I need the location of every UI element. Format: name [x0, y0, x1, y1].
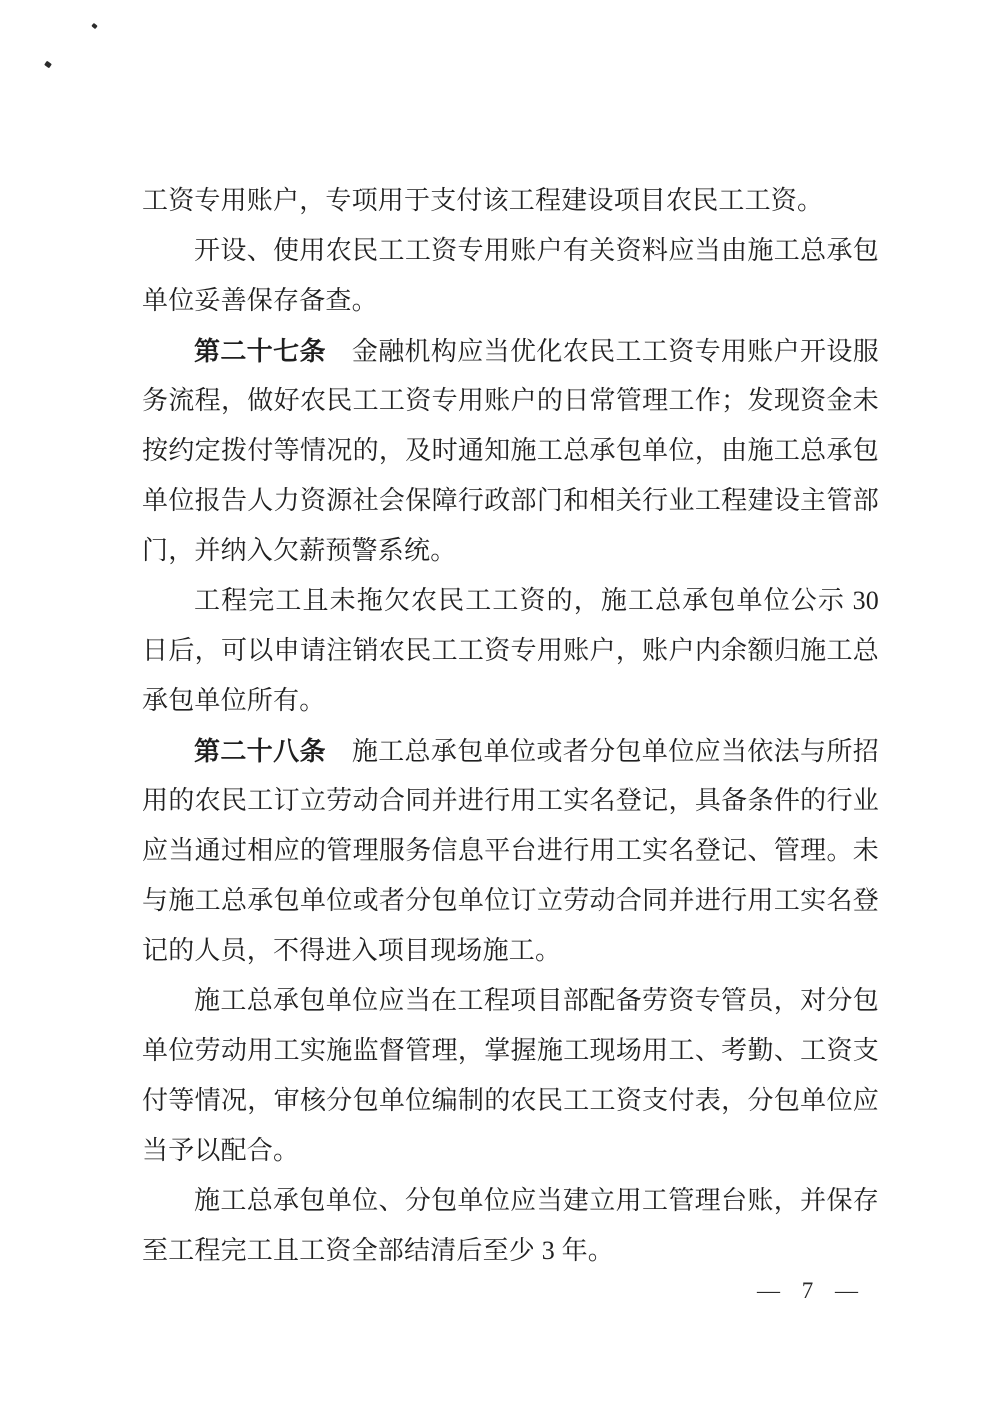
line-text: 当予以配合。	[142, 1136, 299, 1165]
text-line: 单位妥善保存备查。	[142, 276, 879, 326]
line-text: 记的人员，不得进入项目现场施工。	[142, 936, 561, 965]
article-number: 第二十八条	[194, 736, 326, 766]
text-line: 务流程，做好农民工工资专用账户的日常管理工作；发现资金未	[142, 376, 879, 426]
text-line: 承包单位所有。	[142, 676, 879, 726]
line-text: 施工总承包单位应当在工程项目部配备劳资专管员，对分包	[194, 986, 879, 1015]
line-text: 与施工总承包单位或者分包单位订立劳动合同并进行用工实名登	[142, 886, 879, 915]
text-line: 应当通过相应的管理服务信息平台进行用工实名登记、管理。未	[142, 826, 879, 876]
text-line: 施工总承包单位、分包单位应当建立用工管理台账，并保存	[142, 1176, 879, 1226]
text-line: 单位报告人力资源社会保障行政部门和相关行业工程建设主管部	[142, 476, 879, 526]
line-text: 金融机构应当优化农民工工资专用账户开设服	[352, 337, 879, 366]
document-body: 工资专用账户，专项用于支付该工程建设项目农民工工资。开设、使用农民工工资专用账户…	[142, 176, 879, 1276]
line-text: 付等情况，审核分包单位编制的农民工工资支付表，分包单位应	[142, 1086, 879, 1115]
line-text: 务流程，做好农民工工资专用账户的日常管理工作；发现资金未	[142, 386, 879, 415]
text-line: 记的人员，不得进入项目现场施工。	[142, 926, 879, 976]
line-text: 应当通过相应的管理服务信息平台进行用工实名登记、管理。未	[142, 836, 879, 865]
article-number: 第二十七条	[194, 336, 326, 366]
text-line: 日后，可以申请注销农民工工资专用账户，账户内余额归施工总	[142, 626, 879, 676]
text-line: 工资专用账户，专项用于支付该工程建设项目农民工工资。	[142, 176, 879, 226]
text-line: 第二十八条施工总承包单位或者分包单位应当依法与所招	[142, 726, 879, 776]
line-text: 工程完工且未拖欠农民工工资的，施工总承包单位公示 30	[194, 586, 879, 615]
text-line: 开设、使用农民工工资专用账户有关资料应当由施工总承包	[142, 226, 879, 276]
text-line: 按约定拨付等情况的，及时通知施工总承包单位，由施工总承包	[142, 426, 879, 476]
line-text: 门，并纳入欠薪预警系统。	[142, 536, 456, 565]
line-text: 施工总承包单位、分包单位应当建立用工管理台账，并保存	[194, 1186, 879, 1215]
ink-speck	[91, 23, 97, 29]
text-line: 门，并纳入欠薪预警系统。	[142, 526, 879, 576]
line-text: 开设、使用农民工工资专用账户有关资料应当由施工总承包	[194, 236, 879, 265]
text-line: 施工总承包单位应当在工程项目部配备劳资专管员，对分包	[142, 976, 879, 1026]
line-text: 施工总承包单位或者分包单位应当依法与所招	[352, 737, 879, 766]
ink-speck	[44, 61, 52, 69]
line-text: 单位劳动用工实施监督管理，掌握施工现场用工、考勤、工资支	[142, 1036, 879, 1065]
page-number: — 7 —	[757, 1276, 859, 1306]
text-line: 付等情况，审核分包单位编制的农民工工资支付表，分包单位应	[142, 1076, 879, 1126]
line-text: 用的农民工订立劳动合同并进行用工实名登记，具备条件的行业	[142, 786, 879, 815]
text-line: 至工程完工且工资全部结清后至少 3 年。	[142, 1226, 879, 1276]
line-text: 日后，可以申请注销农民工工资专用账户，账户内余额归施工总	[142, 636, 879, 665]
line-text: 按约定拨付等情况的，及时通知施工总承包单位，由施工总承包	[142, 436, 879, 465]
text-line: 第二十七条金融机构应当优化农民工工资专用账户开设服	[142, 326, 879, 376]
text-line: 与施工总承包单位或者分包单位订立劳动合同并进行用工实名登	[142, 876, 879, 926]
line-text: 承包单位所有。	[142, 686, 325, 715]
text-line: 用的农民工订立劳动合同并进行用工实名登记，具备条件的行业	[142, 776, 879, 826]
text-line: 工程完工且未拖欠农民工工资的，施工总承包单位公示 30	[142, 576, 879, 626]
line-text: 单位报告人力资源社会保障行政部门和相关行业工程建设主管部	[142, 486, 879, 515]
line-text: 单位妥善保存备查。	[142, 286, 378, 315]
document-page: 工资专用账户，专项用于支付该工程建设项目农民工工资。开设、使用农民工工资专用账户…	[0, 0, 1000, 1413]
text-line: 当予以配合。	[142, 1126, 879, 1176]
text-line: 单位劳动用工实施监督管理，掌握施工现场用工、考勤、工资支	[142, 1026, 879, 1076]
line-text: 至工程完工且工资全部结清后至少 3 年。	[142, 1236, 614, 1265]
line-text: 工资专用账户，专项用于支付该工程建设项目农民工工资。	[142, 186, 823, 215]
